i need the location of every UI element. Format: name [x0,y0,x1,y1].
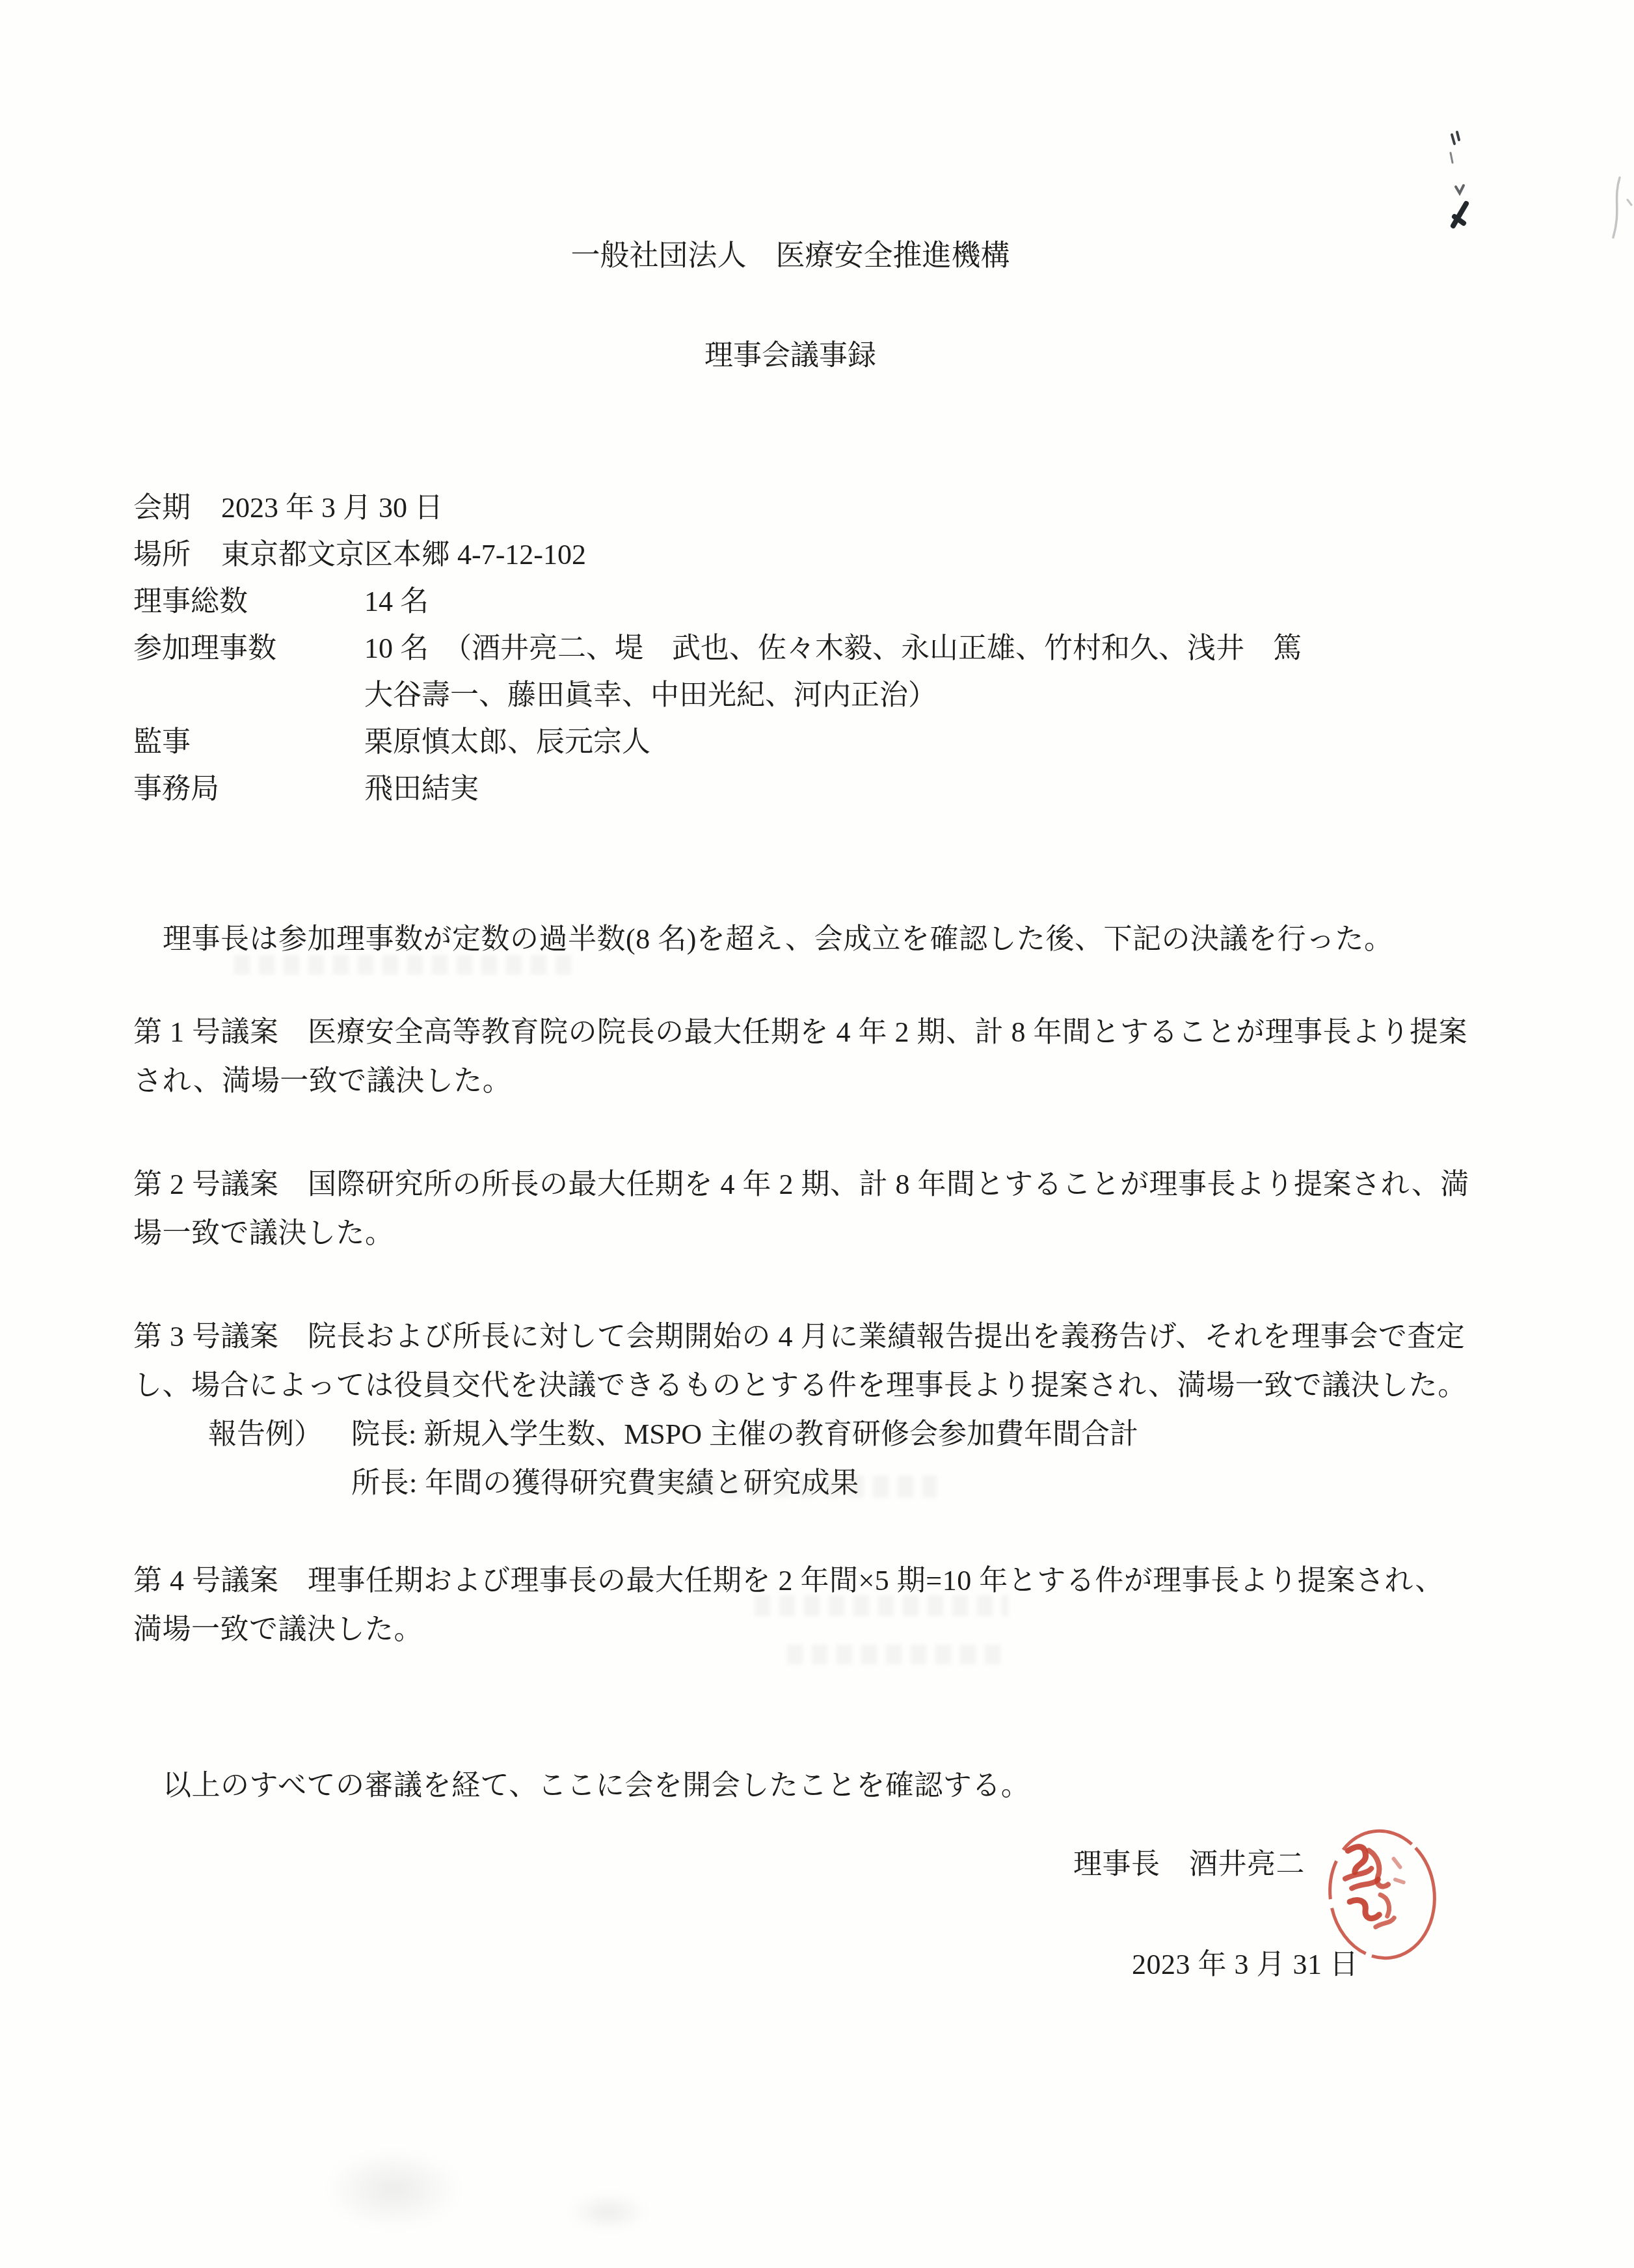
bleed-through-smudge [650,1476,937,1498]
meta-row-total-directors: 理事総数 14 名 [133,578,1590,626]
meta-row-auditors: 監事 栗原慎太郎、辰元宗人 [133,718,1590,766]
meta-label-attending-directors: 参加理事数 [133,625,276,673]
meta-label-session-date: 会期 [133,484,191,532]
report-example-label: 報告例） [208,1411,323,1459]
meta-value-secretariat: 飛田結実 [364,765,479,813]
meta-row-location: 場所 東京都文京区本郷 4-7-12-102 [133,531,1590,579]
agenda-1-line-2: され、満場一致で議決した。 [133,1057,511,1105]
meta-value-location: 東京都文京区本郷 4-7-12-102 [221,531,586,579]
report-example-row: 報告例） 院長: 新規入学生数、MSPO 主催の教育研修会参加費年間合計 [208,1411,1634,1459]
document-subtitle: 理事会議事録 [133,332,1447,380]
chairman-signature: 理事長 酒井亮二 [1073,1841,1305,1889]
meta-row-secretariat: 事務局 飛田結実 [133,765,1590,813]
bleed-through-smudge [299,2134,488,2245]
meta-value-attending-directors-line1: 10 名 （酒井亮二、堤 武也、佐々木毅、永山正雄、竹村和久、浅井 篤 [364,625,1302,673]
agenda-3-line-2: し、場合によっては役員交代を決議できるものとする件を理事長より提案され、満場一致… [133,1362,1467,1410]
report-example-dean: 院長: 新規入学生数、MSPO 主催の教育研修会参加費年間合計 [351,1411,1138,1459]
meta-value-total-directors: 14 名 [364,578,429,626]
agenda-2-line-1: 第 2 号議案 国際研究所の所長の最大任期を 4 年 2 期、計 8 年間とする… [133,1161,1469,1209]
meta-label-location: 場所 [133,531,191,579]
bleed-through-smudge [755,1595,1008,1616]
bleed-through-smudge [553,2186,663,2238]
meta-row-session-date: 会期 2023 年 3 月 30 日 [133,484,1590,532]
agenda-3-line-1: 第 3 号議案 院長および所長に対して会期開始の 4 月に業績報告提出を義務告げ… [133,1313,1465,1361]
bleed-through-smudge [787,1645,1008,1664]
meta-row-attending-directors: 参加理事数 10 名 （酒井亮二、堤 武也、佐々木毅、永山正雄、竹村和久、浅井 … [133,625,1590,673]
agenda-4-line-2: 満場一致で議決した。 [133,1606,423,1654]
pen-faint-mark [1594,172,1634,250]
meta-value-attending-directors-line2: 大谷壽一、藤田眞幸、中田光紀、河内正治） [364,671,937,720]
bleed-through-smudge [234,955,572,975]
meta-row-attending-directors-continued: 大谷壽一、藤田眞幸、中田光紀、河内正治） [133,671,1590,720]
meta-label-secretariat: 事務局 [133,765,219,813]
meta-label-auditors: 監事 [133,718,191,766]
closing-statement: 以上のすべての審議を経て、ここに会を開会したことを確認する。 [163,1762,1030,1810]
meta-value-auditors: 栗原慎太郎、辰元宗人 [364,718,650,766]
document-title: 一般社団法人 医療安全推進機構 [133,232,1447,280]
pen-scribble-mark [1438,127,1483,241]
scanned-minutes-page: 一般社団法人 医療安全推進機構 理事会議事録 会期 2023 年 3 月 30 … [0,0,1634,2268]
meta-label-total-directors: 理事総数 [133,578,248,626]
signature-date: 2023 年 3 月 31 日 [1132,1941,1359,1989]
agenda-2-line-2: 場一致で議決した。 [133,1209,394,1258]
agenda-1-line-1: 第 1 号議案 医療安全高等教育院の院長の最大任期を 4 年 2 期、計 8 年… [133,1008,1467,1057]
meta-value-session-date: 2023 年 3 月 30 日 [221,484,443,532]
